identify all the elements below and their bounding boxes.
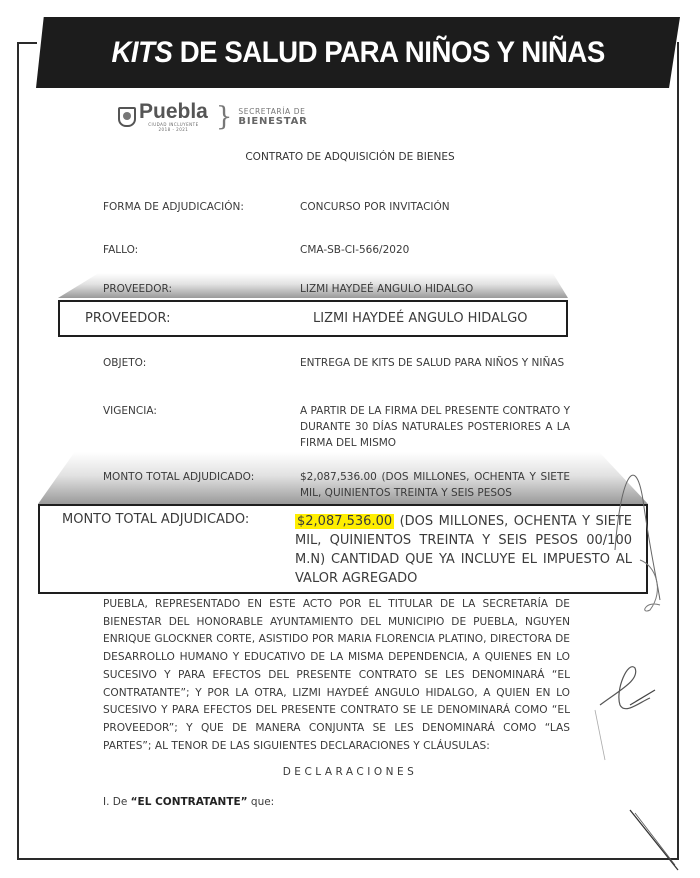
field-value: $2,087,536.00 (DOS MILLONES, OCHENTA Y S… [300, 469, 570, 501]
puebla-logo: Puebla CIUDAD INCLUYENTE 2018 - 2021 } S… [118, 102, 308, 132]
field-label: FORMA DE ADJUDICACIÓN: [103, 201, 244, 213]
field-label: MONTO TOTAL ADJUDICADO: [103, 471, 254, 483]
declaration-item: I. De “EL CONTRATANTE” que: [103, 796, 274, 808]
field-value: ENTREGA DE KITS DE SALUD PARA NIÑOS Y NI… [300, 355, 570, 371]
callout-monto-value: $2,087,536.00 (DOS MILLONES, OCHENTA Y S… [295, 512, 632, 588]
callout-proveedor: PROVEEDOR: LIZMI HAYDEÉ ANGULO HIDALGO [58, 300, 568, 337]
declaration-prefix: I. De [103, 796, 131, 808]
headline-banner: KITS DE SALUD PARA NIÑOS Y NIÑAS [36, 17, 680, 88]
declaration-suffix: que: [248, 796, 275, 808]
field-value: CMA-SB-CI-566/2020 [300, 242, 570, 258]
field-value: LIZMI HAYDEÉ ANGULO HIDALGO [300, 281, 570, 297]
field-label: FALLO: [103, 244, 138, 256]
callout-proveedor-value: LIZMI HAYDEÉ ANGULO HIDALGO [313, 311, 528, 326]
logo-brace-divider: } [216, 105, 233, 129]
callout-monto: MONTO TOTAL ADJUDICADO: $2,087,536.00 (D… [38, 504, 648, 594]
logo-secretaria-line2: BIENESTAR [238, 116, 307, 127]
frame-corner [17, 42, 37, 44]
callout-proveedor-label: PROVEEDOR: [85, 311, 170, 326]
field-label: OBJETO: [103, 357, 146, 369]
logo-brand-word: Puebla [139, 102, 208, 122]
logo-secretaria-line1: SECRETARÍA DE [238, 107, 307, 116]
body-paragraph: PUEBLA, REPRESENTADO EN ESTE ACTO POR EL… [103, 596, 570, 755]
contract-title: CONTRATO DE ADQUISICIÓN DE BIENES [0, 151, 700, 163]
headline-italic: KITS [111, 36, 172, 69]
field-label: PROVEEDOR: [103, 283, 172, 295]
field-value: CONCURSO POR INVITACIÓN [300, 199, 570, 215]
logo-brand: Puebla CIUDAD INCLUYENTE 2018 - 2021 [139, 102, 208, 132]
highlighted-amount: $2,087,536.00 [295, 514, 394, 529]
section-heading: DECLARACIONES [0, 766, 700, 778]
logo-secretaria: SECRETARÍA DE BIENESTAR [238, 107, 307, 127]
headline-rest: DE SALUD PARA NIÑOS Y NIÑAS [172, 36, 604, 69]
headline-title: KITS DE SALUD PARA NIÑOS Y NIÑAS [111, 36, 604, 70]
field-label: VIGENCIA: [103, 405, 157, 417]
field-value: A PARTIR DE LA FIRMA DEL PRESENTE CONTRA… [300, 403, 570, 451]
coat-of-arms-icon [118, 107, 136, 127]
callout-monto-label: MONTO TOTAL ADJUDICADO: [62, 512, 249, 527]
declaration-party: “EL CONTRATANTE” [131, 796, 248, 808]
logo-brand-sub2: 2018 - 2021 [159, 127, 189, 132]
